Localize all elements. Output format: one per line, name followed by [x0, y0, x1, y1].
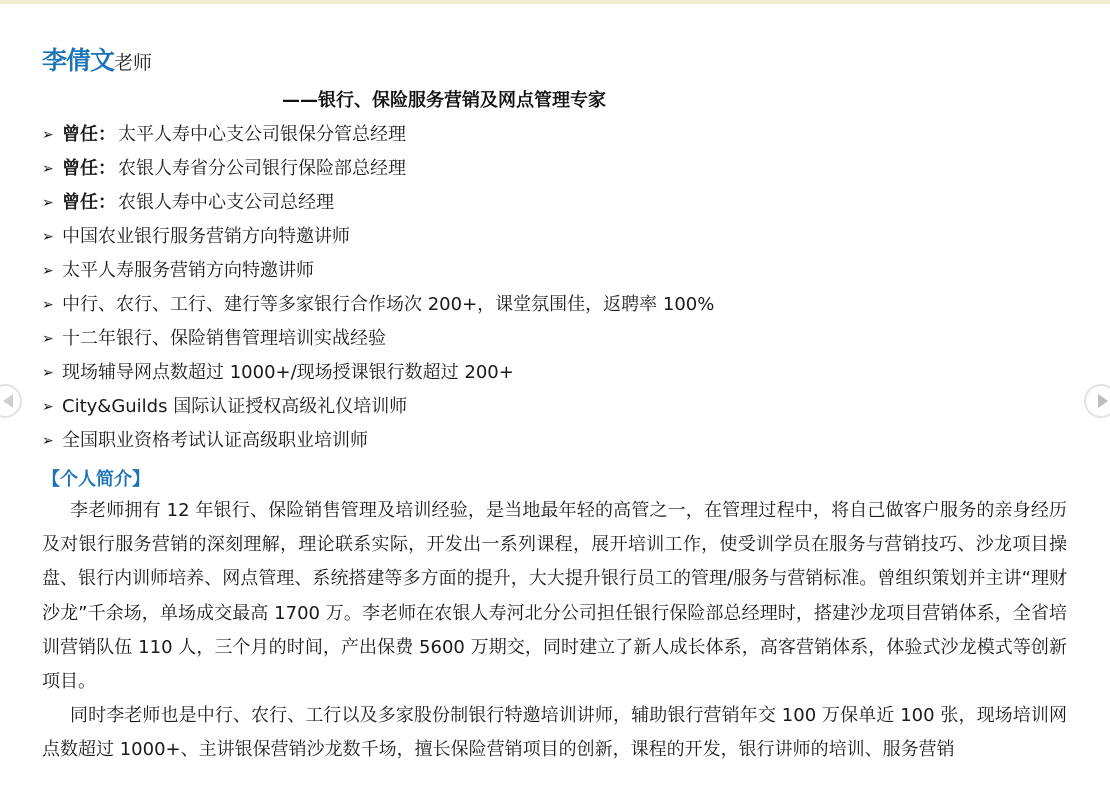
list-item: ➢ 太平人寿服务营销方向特邀讲师 [42, 258, 714, 292]
teacher-name-heading: 李倩文老师 [42, 41, 152, 77]
arrow-bullet-icon: ➢ [42, 190, 62, 216]
arrow-bullet-icon: ➢ [42, 360, 62, 386]
bullet-text: 农银人寿中心支公司总经理 [118, 190, 334, 216]
list-item: ➢ 中国农业银行服务营销方向特邀讲师 [42, 224, 714, 258]
arrow-bullet-icon: ➢ [42, 326, 62, 352]
bullet-label: 曾任： [62, 122, 116, 148]
previous-page-button[interactable] [0, 384, 22, 418]
profile-paragraph: 同时李老师也是中行、农行、工行以及多家股份制银行特邀培训讲师，辅助银行营销年交 … [42, 699, 1067, 767]
bullet-text: 太平人寿服务营销方向特邀讲师 [62, 258, 314, 284]
bullet-text: 全国职业资格考试认证高级职业培训师 [62, 428, 368, 454]
list-item: ➢ 全国职业资格考试认证高级职业培训师 [42, 428, 714, 462]
chevron-right-icon [1098, 394, 1108, 408]
section-title-profile: 【个人简介】 [42, 465, 150, 491]
bullet-text: 太平人寿中心支公司银保分管总经理 [118, 122, 406, 148]
list-item: ➢ 中行、农行、工行、建行等多家银行合作场次 200+，课堂氛围佳，返聘率 10… [42, 292, 714, 326]
bullet-text: 中国农业银行服务营销方向特邀讲师 [62, 224, 350, 250]
arrow-bullet-icon: ➢ [42, 292, 62, 318]
credentials-list: ➢ 曾任： 太平人寿中心支公司银保分管总经理 ➢ 曾任： 农银人寿省分公司银行保… [42, 122, 714, 462]
bullet-text: 农银人寿省分公司银行保险部总经理 [118, 156, 406, 182]
profile-paragraph: 李老师拥有 12 年银行、保险销售管理及培训经验，是当地最年轻的高管之一，在管理… [42, 494, 1067, 699]
bullet-label: 曾任： [62, 156, 116, 182]
bullet-text: City&Guilds 国际认证授权高级礼仪培训师 [62, 394, 407, 420]
arrow-bullet-icon: ➢ [42, 428, 62, 454]
list-item: ➢ 曾任： 农银人寿省分公司银行保险部总经理 [42, 156, 714, 190]
teacher-title: 老师 [114, 52, 152, 74]
arrow-bullet-icon: ➢ [42, 122, 62, 148]
list-item: ➢ City&Guilds 国际认证授权高级礼仪培训师 [42, 394, 714, 428]
list-item: ➢ 曾任： 太平人寿中心支公司银保分管总经理 [42, 122, 714, 156]
arrow-bullet-icon: ➢ [42, 258, 62, 284]
subtitle: ——银行、保险服务营销及网点管理专家 [282, 86, 606, 112]
bullet-label: 曾任： [62, 190, 116, 216]
list-item: ➢ 曾任： 农银人寿中心支公司总经理 [42, 190, 714, 224]
arrow-bullet-icon: ➢ [42, 224, 62, 250]
list-item: ➢ 十二年银行、保险销售管理培训实战经验 [42, 326, 714, 360]
bullet-text: 十二年银行、保险销售管理培训实战经验 [62, 326, 386, 352]
bullet-text: 现场辅导网点数超过 1000+/现场授课银行数超过 200+ [62, 360, 514, 386]
bullet-text: 中行、农行、工行、建行等多家银行合作场次 200+，课堂氛围佳，返聘率 100% [62, 292, 714, 318]
top-border [0, 0, 1110, 4]
next-page-button[interactable] [1084, 384, 1110, 418]
teacher-name: 李倩文 [42, 46, 114, 75]
list-item: ➢ 现场辅导网点数超过 1000+/现场授课银行数超过 200+ [42, 360, 714, 394]
arrow-bullet-icon: ➢ [42, 394, 62, 420]
chevron-left-icon [3, 394, 13, 408]
arrow-bullet-icon: ➢ [42, 156, 62, 182]
